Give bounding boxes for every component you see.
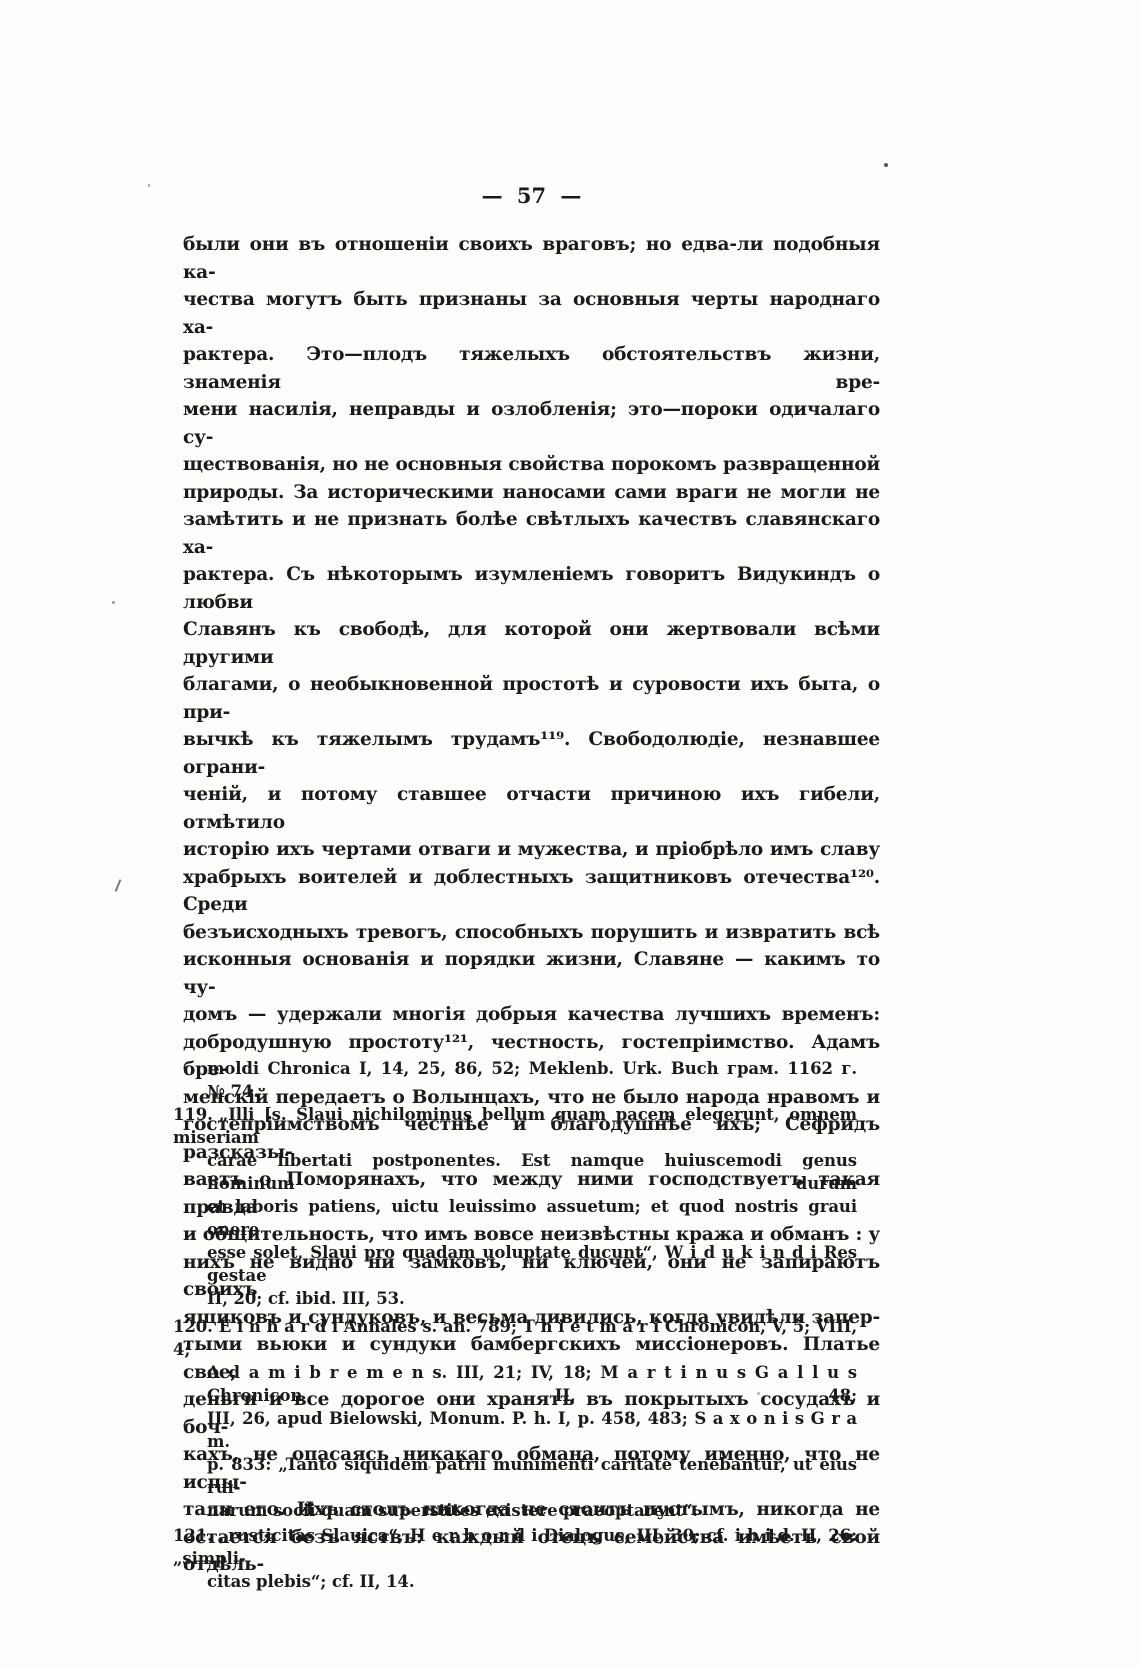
scan-artifact-dot xyxy=(112,601,115,604)
body-line: исторію ихъ чертами отваги и мужества, и… xyxy=(183,836,880,864)
footnote-first-line: 120.E i n h a r d i Annales s. an. 789; … xyxy=(173,1315,857,1361)
footnote-continuation-line: moldi Chronica I, 14, 25, 86, 52; Meklen… xyxy=(173,1057,857,1080)
footnotes-block: moldi Chronica I, 14, 25, 86, 52; Meklen… xyxy=(173,1057,857,1593)
body-line: мени насилія, неправды и озлобленія; это… xyxy=(183,396,880,451)
footnote-continuation-line: № 74. xyxy=(173,1080,857,1103)
body-line: замѣтить и не признать болѣе свѣтлыхъ ка… xyxy=(183,506,880,561)
body-line: ченій, и потому ставшее отчасти причиною… xyxy=(183,781,880,836)
body-line: ществованія, но не основныя свойства пор… xyxy=(183,451,880,479)
body-line: исконныя основанія и порядки жизни, Слав… xyxy=(183,946,880,1001)
footnote-number: 119. xyxy=(173,1105,213,1124)
body-line: вычкѣ къ тяжелымъ трудамъ¹¹⁹. Свободолюд… xyxy=(183,726,880,781)
footnote-first-line: 119.„Illi [s. Slaui nichilominus bellum … xyxy=(173,1103,857,1149)
page-number: — 57 — xyxy=(183,184,880,208)
body-line: Славянъ къ свободѣ, для которой они жерт… xyxy=(183,616,880,671)
footnote-line: carae libertati postponentes. Est namque… xyxy=(173,1149,857,1195)
footnote-line: III, 26, apud Bielowski, Monum. P. h. I,… xyxy=(173,1407,857,1453)
footnote-first-line: 121.„rusticitas Slauica“, H e r b o r d … xyxy=(173,1524,857,1570)
footnote-120: 120.E i n h a r d i Annales s. an. 789; … xyxy=(173,1315,857,1522)
body-line: безъисходныхъ тревогъ, способныхъ поруши… xyxy=(183,919,880,947)
book-page-scan: — 57 — были они въ отношеніи своихъ враг… xyxy=(0,0,1140,1668)
footnote-number: 121. xyxy=(173,1526,213,1545)
body-line: природы. За историческими наносами сами … xyxy=(183,479,880,507)
body-line: были они въ отношеніи своихъ враговъ; но… xyxy=(183,231,880,286)
body-line: домъ — удержали многія добрыя качества л… xyxy=(183,1001,880,1029)
footnote-number: 120. xyxy=(173,1317,213,1336)
body-line: благами, о необыкновенной простотѣ и сур… xyxy=(183,671,880,726)
body-line: храбрыхъ воителей и доблестныхъ защитник… xyxy=(183,864,880,919)
body-line: чества могутъ быть признаны за основныя … xyxy=(183,286,880,341)
body-line: рактера. Съ нѣкоторымъ изумленіемъ говор… xyxy=(183,561,880,616)
scan-artifact-dot xyxy=(757,1392,760,1395)
footnote-line: narum socii quam superstites existere pr… xyxy=(173,1499,857,1522)
scan-artifact-dot xyxy=(884,163,888,167)
footnote-119: 119.„Illi [s. Slaui nichilominus bellum … xyxy=(173,1103,857,1310)
footnote-121: 121.„rusticitas Slauica“, H e r b o r d … xyxy=(173,1524,857,1593)
body-line: рактера. Это—плодъ тяжелыхъ обстоятельст… xyxy=(183,341,880,396)
scan-artifact-dot xyxy=(148,184,150,187)
footnote-continuation: moldi Chronica I, 14, 25, 86, 52; Meklen… xyxy=(173,1057,857,1103)
scan-artifact-slash xyxy=(115,879,122,892)
footnote-line: p. 833: „Tanto siquidem patrii munimenti… xyxy=(173,1453,857,1499)
footnote-line: II, 20; cf. ibid. III, 53. xyxy=(173,1287,857,1310)
footnote-line: et laboris patiens, uictu leuissimo assu… xyxy=(173,1195,857,1241)
footnote-line: esse solet, Slaui pro quadam uoluptate d… xyxy=(173,1241,857,1287)
footnote-line: A d a m i b r e m e n s. III, 21; IV, 18… xyxy=(173,1361,857,1407)
footnote-line: citas plebis“; cf. II, 14. xyxy=(173,1570,857,1593)
scan-artifact-dot xyxy=(428,1466,431,1469)
